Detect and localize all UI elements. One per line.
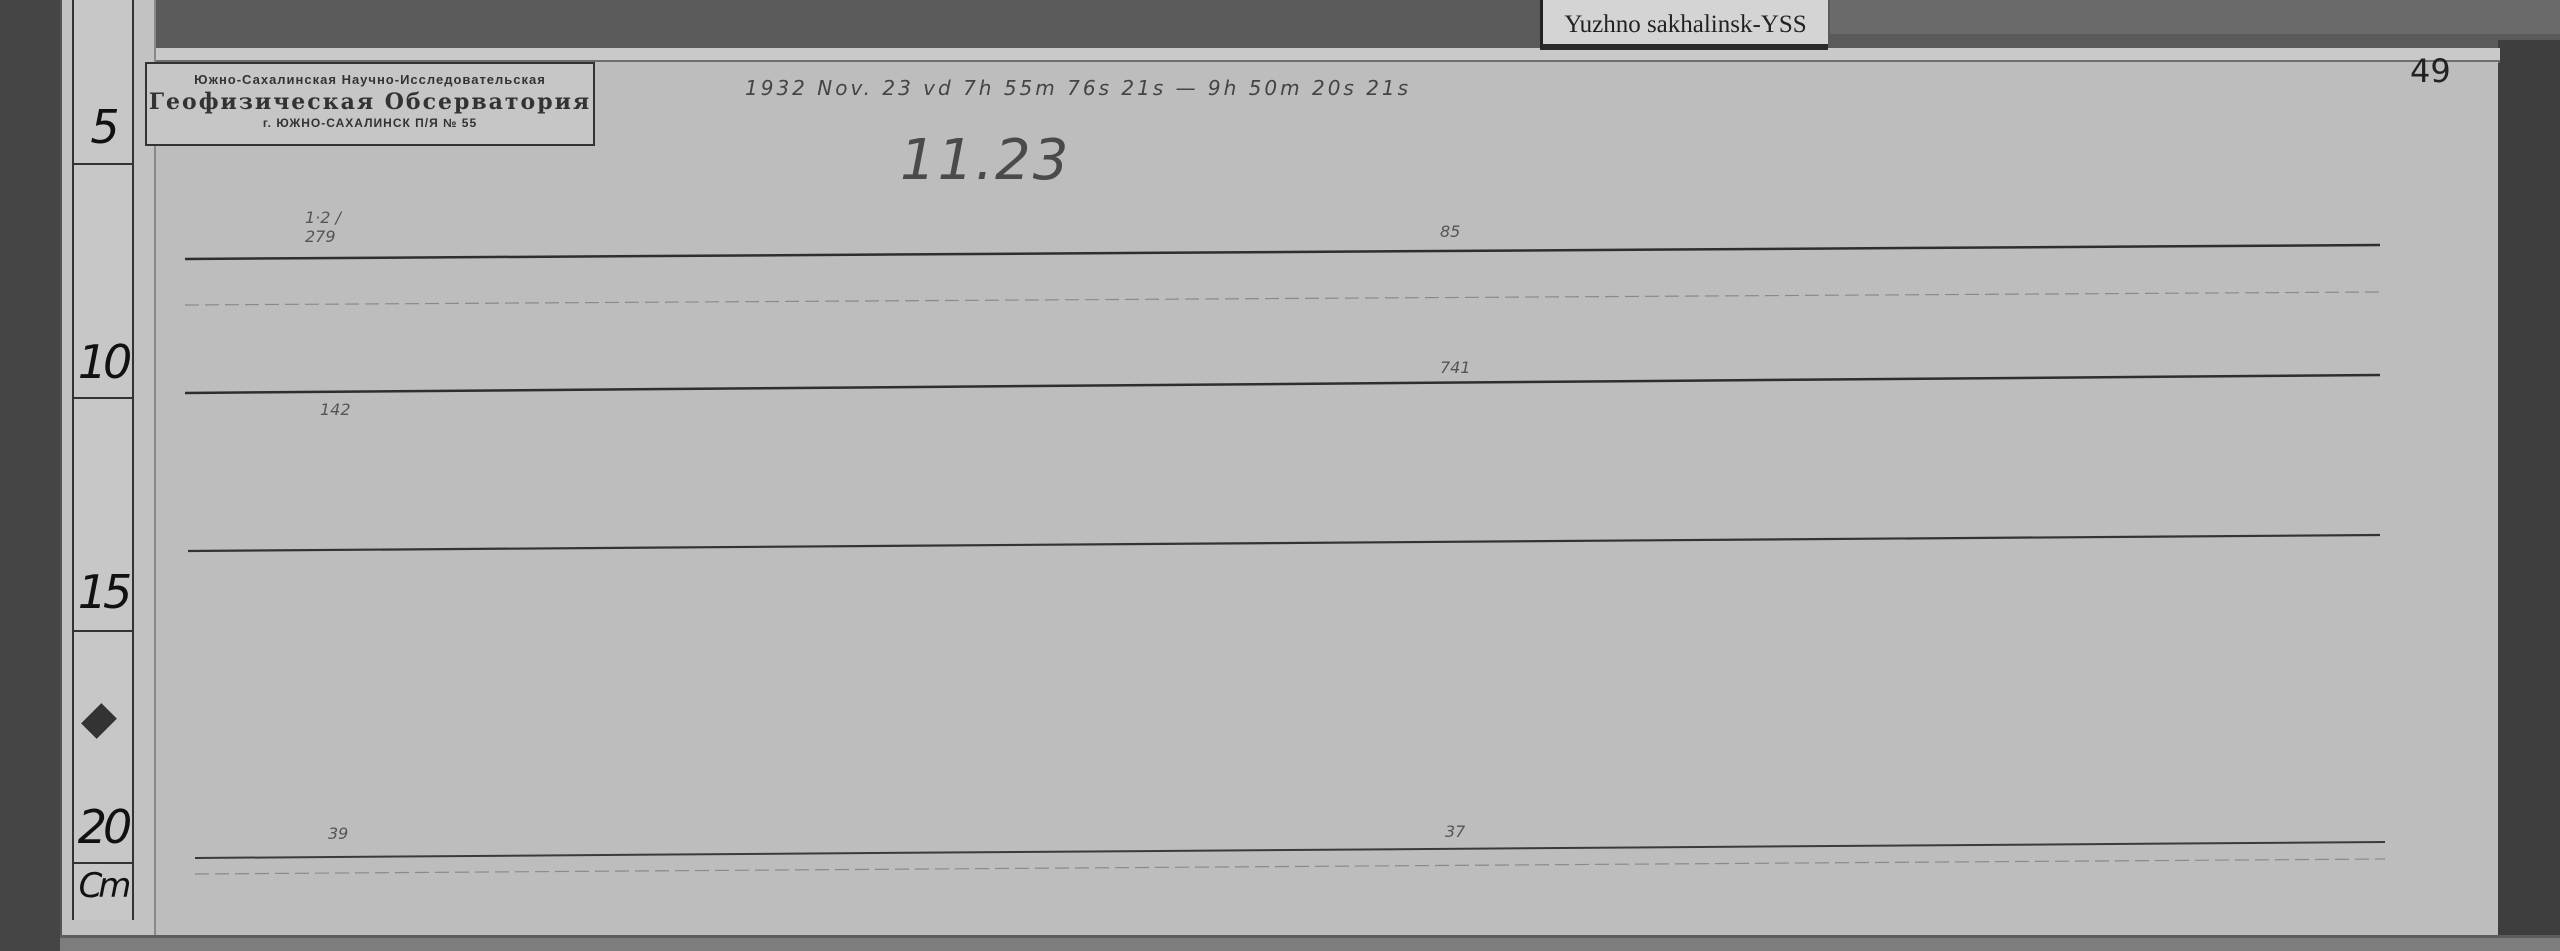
date-note: 11.23 (900, 128, 1070, 193)
trace-annotation: 39 (328, 824, 348, 843)
ruler-mark-5: 5 (74, 100, 132, 154)
ruler-unit: Cm (74, 866, 132, 906)
observatory-stamp: Южно-Сахалинская Научно-Исследовательска… (145, 62, 595, 146)
trace-line-3 (188, 535, 2380, 551)
stamp-line-1: Южно-Сахалинская Научно-Исследовательска… (147, 72, 593, 87)
trace-annotation: 1·2 / 279 (305, 208, 365, 246)
stamp-line-2: Геофизическая Обсерватория (147, 89, 593, 115)
header-note: 1932 Nov. 23 vd 7h 55m 76s 21s — 9h 50m … (745, 76, 1411, 100)
ruler-mark-15: 15 (74, 565, 132, 619)
trace-guide-1 (185, 292, 2380, 305)
scale-ruler: 5 10 15 20 Cm (72, 0, 134, 920)
page-number: 49 (2410, 52, 2451, 90)
stamp-line-3: г. ЮЖНО-САХАЛИНСК П/Я № 55 (147, 116, 593, 130)
trace-line-2 (185, 375, 2380, 393)
ruler-mark-20: 20 (74, 800, 132, 854)
trace-line-4 (195, 842, 2385, 858)
trace-line-1 (185, 245, 2380, 259)
trace-annotation: 142 (320, 400, 351, 419)
trace-annotation: 741 (1440, 358, 1471, 377)
station-label: Yuzhno sakhalinsk-YSS (1540, 0, 1828, 50)
trace-annotation: 37 (1445, 822, 1465, 841)
trace-guide-4 (195, 859, 2385, 874)
trace-annotation: 85 (1440, 222, 1460, 241)
station-label-text: Yuzhno sakhalinsk-YSS (1543, 0, 1828, 50)
ruler-mark-10: 10 (74, 335, 132, 389)
bottom-edge (60, 935, 2560, 951)
